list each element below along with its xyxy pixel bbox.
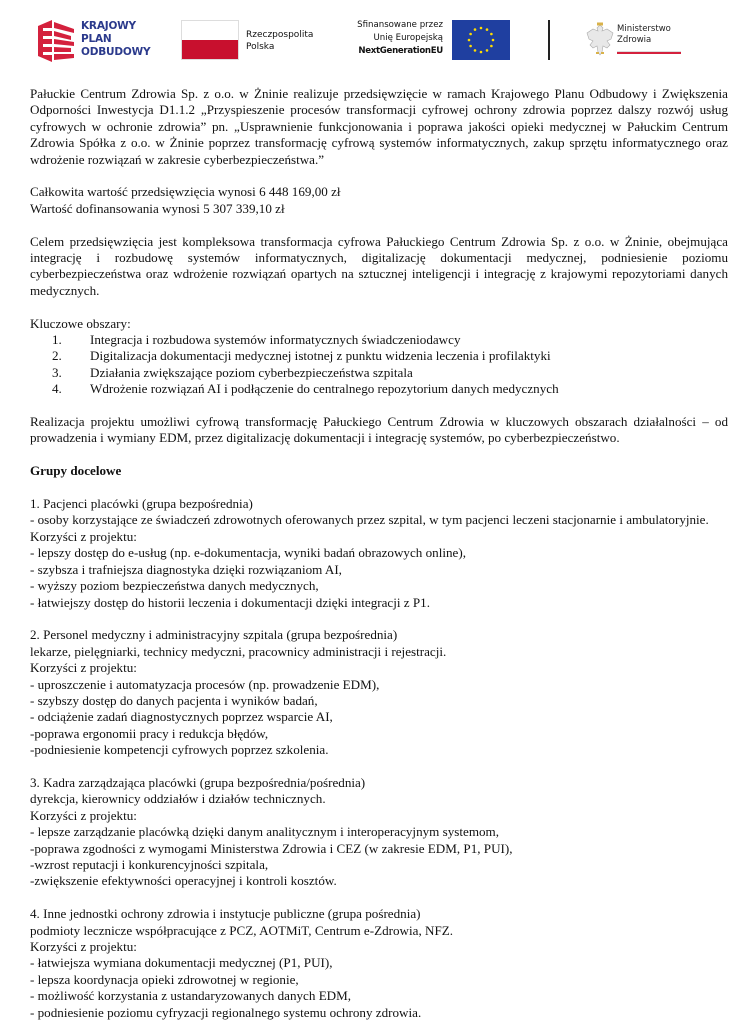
summary-paragraph: Realizacja projektu umożliwi cyfrową tra…: [30, 414, 728, 447]
total-value: Całkowita wartość przedsięwzięcia wynosi…: [30, 184, 728, 200]
group-benefit-item: - lepsze zarządzanie placówką dzięki dan…: [30, 824, 728, 840]
group-title: 4. Inne jednostki ochrony zdrowia i inst…: [30, 906, 728, 922]
key-area-item: 4.Wdrożenie rozwiązań AI i podłączenie d…: [30, 381, 728, 397]
group-benefit-item: -poprawa zgodności z wymogami Ministerst…: [30, 841, 728, 857]
key-areas-label: Kluczowe obszary:: [30, 316, 728, 332]
group-benefit-item: - łatwiejsza wymiana dokumentacji medycz…: [30, 955, 728, 971]
group-benefit-item: -zwiększenie efektywności operacyjnej i …: [30, 873, 728, 889]
target-group: 1. Pacjenci placówki (grupa bezpośrednia…: [30, 496, 728, 627]
kpo-logo-text: KRAJOWY PLAN ODBUDOWY: [81, 20, 150, 59]
ministry-logo-bar: [617, 51, 681, 54]
group-benefit-item: - łatwiejszy dostęp do historii leczenia…: [30, 595, 728, 611]
group-description: dyrekcja, kierownicy oddziałów i działów…: [30, 791, 728, 807]
rp-logo-text: Rzeczpospolita Polska: [246, 29, 313, 53]
intro-paragraph: Pałuckie Centrum Zdrowia Sp. z o.o. w Żn…: [30, 86, 728, 168]
logo-divider: [548, 20, 550, 60]
document-body: Pałuckie Centrum Zdrowia Sp. z o.o. w Żn…: [30, 86, 728, 1021]
key-area-item: 3.Działania zwiększające poziom cyberbez…: [30, 365, 728, 381]
group-benefits-label: Korzyści z projektu:: [30, 660, 728, 676]
eu-funding-text: Sfinansowane przez Unię Europejską NextG…: [338, 19, 443, 58]
kpo-building-icon: [38, 20, 74, 62]
key-areas-list: 1.Integracja i rozbudowa systemów inform…: [30, 332, 728, 398]
group-benefit-item: - odciążenie zadań diagnostycznych poprz…: [30, 709, 728, 725]
group-benefit-item: - szybszy dostęp do danych pacjenta i wy…: [30, 693, 728, 709]
group-benefits-label: Korzyści z projektu:: [30, 939, 728, 955]
group-title: 1. Pacjenci placówki (grupa bezpośrednia…: [30, 496, 728, 512]
group-benefit-item: -podniesienie kompetencji cyfrowych popr…: [30, 742, 728, 758]
eu-flag-icon: [452, 20, 510, 60]
group-benefits-label: Korzyści z projektu:: [30, 808, 728, 824]
group-benefit-item: - podniesienie poziomu cyfryzacji region…: [30, 1005, 728, 1021]
target-group: 4. Inne jednostki ochrony zdrowia i inst…: [30, 906, 728, 1021]
target-group: 2. Personel medyczny i administracyjny s…: [30, 627, 728, 775]
logo-bar: KRAJOWY PLAN ODBUDOWY Rzeczpospolita Pol…: [0, 0, 745, 80]
goal-paragraph: Celem przedsięwzięcia jest kompleksowa t…: [30, 234, 728, 300]
group-benefit-item: - wyższy poziom bezpieczeństwa danych me…: [30, 578, 728, 594]
group-description: lekarze, pielęgniarki, technicy medyczni…: [30, 644, 728, 660]
group-description: podmioty lecznicze współpracujące z PCZ,…: [30, 923, 728, 939]
eu-funding-line1: Sfinansowane przez: [338, 19, 443, 32]
eu-funding-line2: Unię Europejską: [338, 32, 443, 45]
group-benefit-item: -wzrost reputacji i konkurencyjności szp…: [30, 857, 728, 873]
group-title: 2. Personel medyczny i administracyjny s…: [30, 627, 728, 643]
key-area-item: 1.Integracja i rozbudowa systemów inform…: [30, 332, 728, 348]
group-title: 3. Kadra zarządzająca placówki (grupa be…: [30, 775, 728, 791]
group-benefit-item: - szybsza i trafniejsza diagnostyka dzię…: [30, 562, 728, 578]
ministry-logo: Ministerstwo Zdrowia: [585, 20, 695, 60]
group-description: - osoby korzystające ze świadczeń zdrowo…: [30, 512, 728, 528]
group-benefit-item: - lepsza koordynacja opieki zdrowotnej w…: [30, 972, 728, 988]
key-area-item: 2.Digitalizacja dokumentacji medycznej i…: [30, 348, 728, 364]
eu-funding-line3: NextGenerationEU: [338, 45, 443, 58]
groups-heading: Grupy docelowe: [30, 463, 728, 479]
ministry-logo-text: Ministerstwo Zdrowia: [617, 24, 671, 46]
group-benefit-item: -poprawa ergonomii pracy i redukcja błęd…: [30, 726, 728, 742]
target-groups: 1. Pacjenci placówki (grupa bezpośrednia…: [30, 496, 728, 1021]
group-benefits-label: Korzyści z projektu:: [30, 529, 728, 545]
group-benefit-item: - uproszczenie i automatyzacja procesów …: [30, 677, 728, 693]
white-eagle-icon: [585, 22, 615, 56]
polish-flag-icon: [181, 20, 239, 60]
group-benefit-item: - możliwość korzystania z ustandaryzowan…: [30, 988, 728, 1004]
funding-value: Wartość dofinansowania wynosi 5 307 339,…: [30, 201, 728, 217]
group-benefit-item: - lepszy dostęp do e-usług (np. e-dokume…: [30, 545, 728, 561]
kpo-logo: KRAJOWY PLAN ODBUDOWY: [38, 20, 168, 62]
target-group: 3. Kadra zarządzająca placówki (grupa be…: [30, 775, 728, 906]
